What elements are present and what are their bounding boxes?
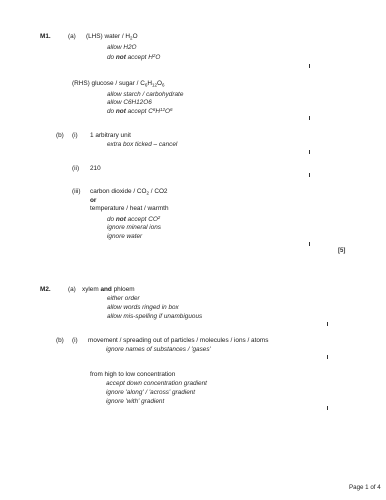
subpart-label: (iii) [72,188,81,196]
mark-tick [309,173,310,177]
answer-text: xylem and phloem [82,286,135,294]
marking-note: either order [107,295,140,303]
marking-note: allow C6H12O6 [107,99,152,107]
mark-tick [309,116,310,120]
marking-note: allow words ringed in box [107,304,179,312]
part-label: (b) [56,132,64,140]
question-number: M2. [40,286,51,294]
answer-text: movement / spreading out of particles / … [88,337,268,345]
subpart-label: (ii) [72,165,79,173]
answer-text: carbon dioxide / CO2 / CO2 [90,188,167,196]
marking-note: ignore names of substances / 'gases' [106,346,211,354]
marking-note: allow H2O [107,44,136,52]
answer-text: from high to low concentration [90,371,175,379]
marking-note: allow mis-spelling if unambiguous [107,313,202,321]
or-label: or [90,197,96,205]
marking-note: do not accept C6H12O6 [107,108,172,116]
mark-tick [327,355,328,359]
answer-text: (RHS) glucose / sugar / C6H12O6 [72,80,164,88]
marking-note: ignore 'with' gradient [106,398,164,406]
marking-note: extra box ticked – cancel [107,141,177,149]
answer-text: (LHS) water / H2O [86,33,138,41]
part-label: (a) [68,286,76,294]
mark-tick [309,150,310,154]
answer-text: temperature / heat / warmth [90,205,169,213]
mark-tick [327,322,328,326]
marking-note: ignore water [107,233,142,241]
marking-note: accept down concentration gradient [106,380,207,388]
page-footer: Page 1 of 4 [349,484,381,491]
answer-text: 210 [90,165,101,173]
subpart-label: (i) [72,337,78,345]
part-label: (a) [68,33,76,41]
mark-tick [309,242,310,246]
subpart-label: (i) [72,132,78,140]
question-number: M1. [40,33,51,41]
marking-note: do not accept H2O [107,54,160,62]
marking-note: ignore 'along' / 'across' gradient [106,389,195,397]
mark-tick [327,406,328,410]
mark-tick [309,64,310,68]
answer-text: 1 arbitrary unit [90,132,131,140]
marking-note: ignore mineral ions [107,224,161,232]
part-label: (b) [56,337,64,345]
marking-note: allow starch / carbohydrate [107,91,183,99]
marking-note: do not accept CO2 [107,216,160,224]
question-total: [5] [338,248,345,254]
